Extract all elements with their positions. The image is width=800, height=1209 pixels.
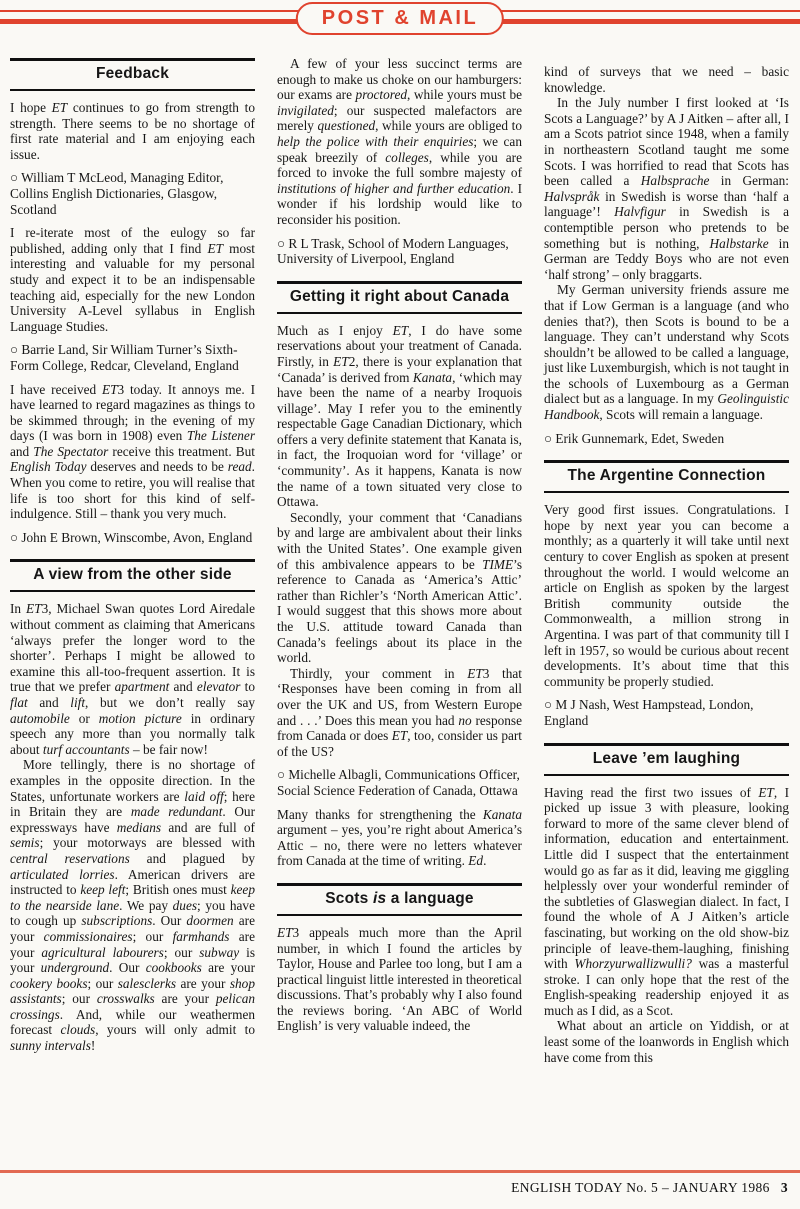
letter-paragraph: I have received ET3 today. It annoys me.… bbox=[10, 382, 255, 522]
letter-paragraph: Very good first issues. Congratulations.… bbox=[544, 502, 789, 689]
section-heading-feedback: Feedback bbox=[10, 58, 255, 91]
letter-paragraph: A few of your less succinct terms are en… bbox=[277, 56, 522, 228]
letter-paragraph: Many thanks for strengthening the Kanata… bbox=[277, 807, 522, 869]
letter-signature: ○ M J Nash, West Hampstead, London, Engl… bbox=[544, 697, 789, 728]
column-1: FeedbackI hope ET continues to go from s… bbox=[10, 56, 255, 1166]
letter-paragraph: Thirdly, your comment in ET3 that ‘Respo… bbox=[277, 666, 522, 760]
letter-paragraph: In the July number I first looked at ‘Is… bbox=[544, 95, 789, 282]
letter-paragraph: I hope ET continues to go from strength … bbox=[10, 100, 255, 162]
column-3: kind of surveys that we need – basic kno… bbox=[544, 56, 789, 1166]
footer-text: ENGLISH TODAY No. 5 – JANUARY 19863 bbox=[0, 1180, 800, 1196]
letter-signature: ○ William T McLeod, Managing Editor, Col… bbox=[10, 170, 255, 217]
letter-signature: ○ Michelle Albagli, Communications Offic… bbox=[277, 767, 522, 798]
letter-signature: ○ Barrie Land, Sir William Turner’s Sixt… bbox=[10, 342, 255, 373]
letter-paragraph: My German university friends assure me t… bbox=[544, 282, 789, 422]
letter-signature: ○ Erik Gunnemark, Edet, Sweden bbox=[544, 431, 789, 447]
letter-paragraph: kind of surveys that we need – basic kno… bbox=[544, 64, 789, 95]
letter-paragraph: Secondly, your comment that ‘Canadians b… bbox=[277, 510, 522, 666]
letter-signature: ○ R L Trask, School of Modern Languages,… bbox=[277, 236, 522, 267]
masthead: POST & MAIL bbox=[0, 0, 800, 44]
letter-paragraph: Having read the first two issues of ET, … bbox=[544, 785, 789, 1019]
section-heading-leave-em-laughing: Leave ’em laughing bbox=[544, 743, 789, 776]
masthead-badge: POST & MAIL bbox=[296, 2, 504, 35]
section-heading-the-argentine-connection: The Argentine Connection bbox=[544, 460, 789, 493]
letter-paragraph: In ET3, Michael Swan quotes Lord Airedal… bbox=[10, 601, 255, 757]
footer-rule bbox=[0, 1170, 800, 1173]
letters-columns: FeedbackI hope ET continues to go from s… bbox=[0, 56, 800, 1166]
page-footer: ENGLISH TODAY No. 5 – JANUARY 19863 bbox=[0, 1170, 800, 1196]
page-number: 3 bbox=[781, 1180, 788, 1195]
magazine-page: POST & MAIL FeedbackI hope ET continues … bbox=[0, 0, 800, 1209]
letter-paragraph: ET3 appeals much more than the April num… bbox=[277, 925, 522, 1034]
letter-signature: ○ John E Brown, Winscombe, Avon, England bbox=[10, 530, 255, 546]
letter-paragraph: More tellingly, there is no shortage of … bbox=[10, 757, 255, 1053]
column-2: A few of your less succinct terms are en… bbox=[277, 56, 522, 1166]
journal-title-footer: ENGLISH TODAY No. 5 – JANUARY 1986 bbox=[511, 1180, 770, 1195]
masthead-title: POST & MAIL bbox=[322, 7, 478, 30]
section-heading-a-view-from-the-other-side: A view from the other side bbox=[10, 559, 255, 592]
section-heading-scots-is-a-language: Scots is a language bbox=[277, 883, 522, 916]
letter-paragraph: Much as I enjoy ET, I do have some reser… bbox=[277, 323, 522, 510]
section-heading-getting-it-right-about-canada: Getting it right about Canada bbox=[277, 281, 522, 314]
letter-paragraph: I re-iterate most of the eulogy so far p… bbox=[10, 225, 255, 334]
letter-paragraph: What about an article on Yiddish, or at … bbox=[544, 1018, 789, 1065]
